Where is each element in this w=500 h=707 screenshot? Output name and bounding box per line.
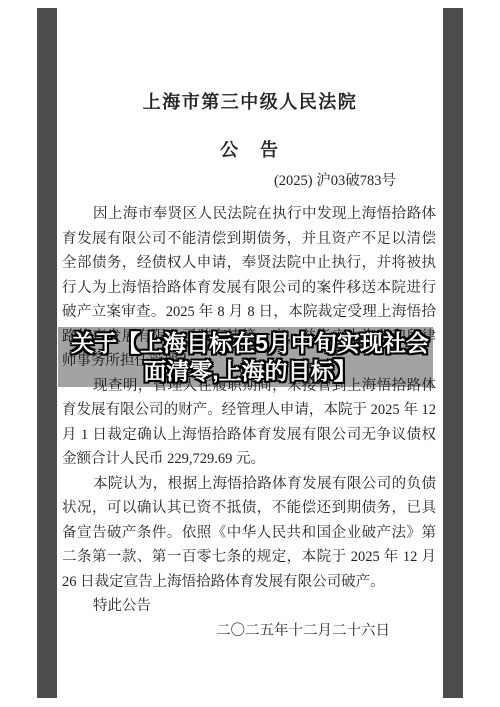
body-paragraph: 现查明，管理人在履职期间，未接管到上海悟拾路体育发展有限公司的财产。经管理人申请… — [62, 374, 436, 472]
court-name: 上海市第三中级人民法院 — [0, 88, 500, 114]
announcement-page: 上海市第三中级人民法院 公 告 (2025) 沪03破783号 因上海市奉贤区人… — [0, 0, 500, 707]
announcement-body: 因上海市奉贤区人民法院在执行中发现上海悟拾路体育发展有限公司不能清偿到期债务，并… — [62, 202, 436, 643]
case-number: (2025) 沪03破783号 — [62, 169, 436, 190]
left-side-bar — [37, 8, 57, 698]
right-side-bar — [443, 8, 463, 698]
body-paragraph: 本院认为，根据上海悟拾路体育发展有限公司的负债状况，可以确认其已资不抵债，不能偿… — [62, 472, 436, 595]
announcement-title: 公 告 — [0, 136, 500, 162]
watermark-headline-line2: 面清零,上海的目标】 — [0, 357, 500, 385]
watermark-headline-line1: 关于【上海目标在5月中旬实现社会 — [0, 329, 500, 357]
watermark-headline: 关于【上海目标在5月中旬实现社会 面清零,上海的目标】 — [0, 329, 500, 385]
announcement-date: 二〇二五年十二月二十六日 — [62, 619, 436, 644]
closing-line: 特此公告 — [62, 594, 436, 619]
